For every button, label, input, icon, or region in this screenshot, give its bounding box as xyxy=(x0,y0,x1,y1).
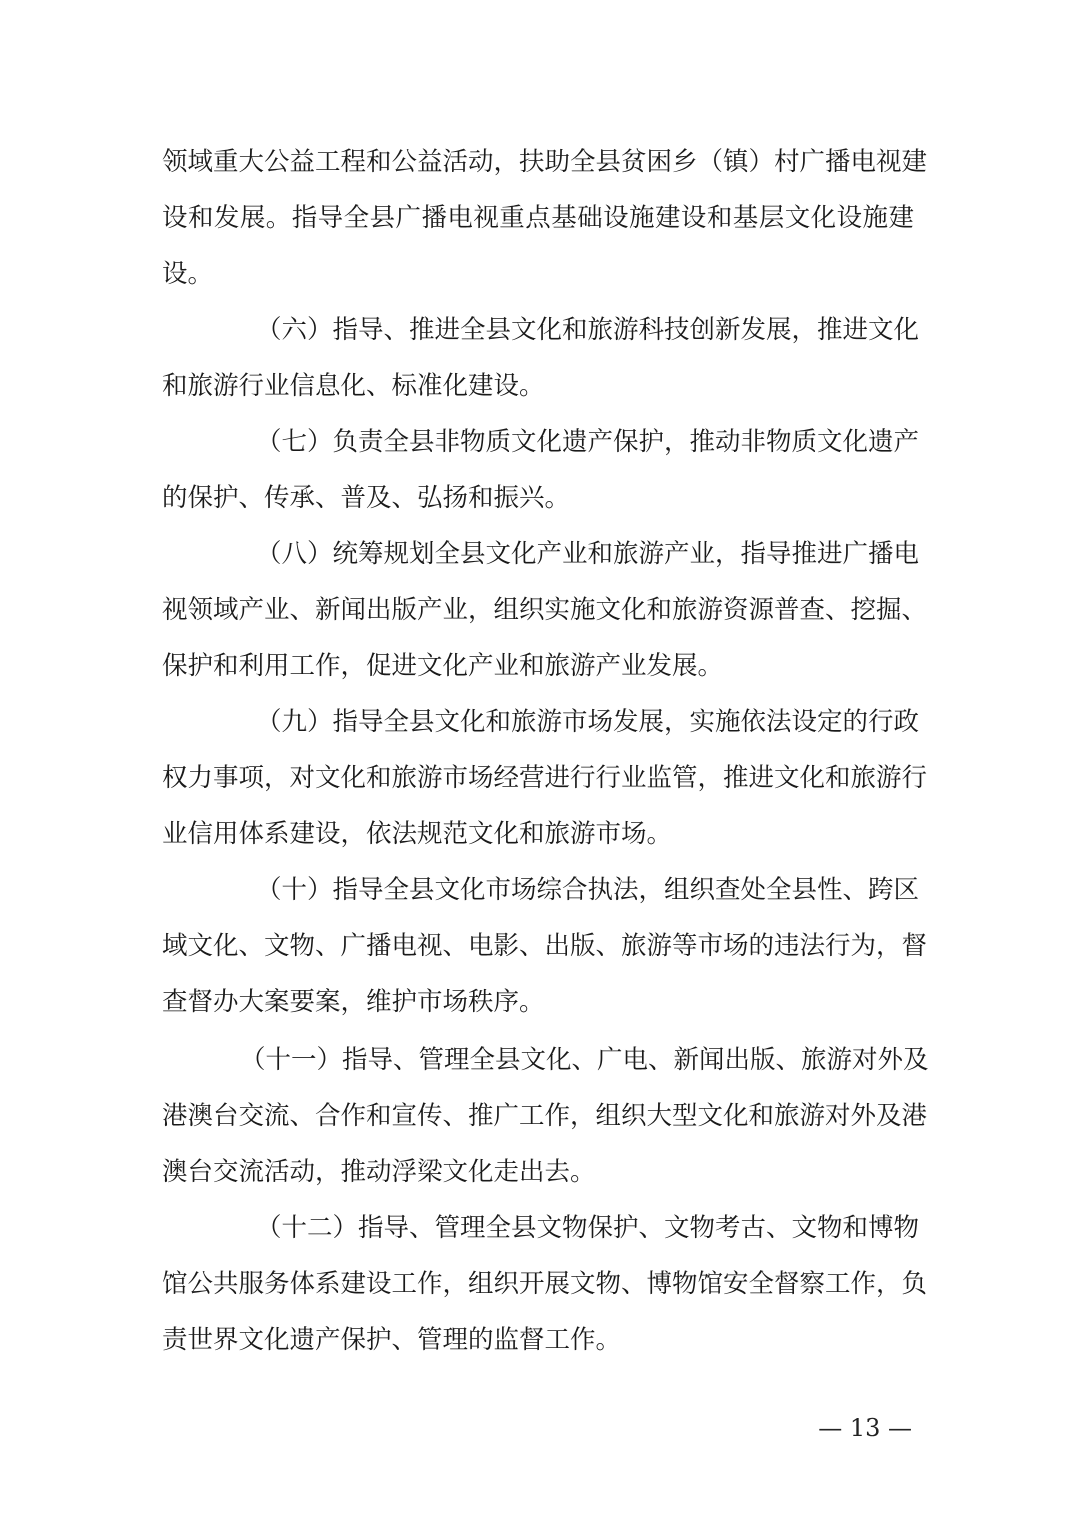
paragraph-item-11-line-3: 澳台交流活动，推动浮梁文化走出去。 xyxy=(162,1152,914,1192)
document-page: 领域重大公益工程和公益活动，扶助全县贫困乡（镇）村广播电视建 设和发展。指导全县… xyxy=(0,0,1074,1520)
paragraph-item-8-line-1: （八）统筹规划全县文化产业和旅游产业，指导推进广播电 xyxy=(256,534,914,574)
paragraph-item-12-line-3: 责世界文化遗产保护、管理的监督工作。 xyxy=(162,1320,914,1360)
paragraph-continuation-line-1: 领域重大公益工程和公益活动，扶助全县贫困乡（镇）村广播电视建 xyxy=(162,142,914,182)
paragraph-item-8-line-2: 视领域产业、新闻出版产业，组织实施文化和旅游资源普查、挖掘、 xyxy=(162,590,914,630)
paragraph-item-12-line-1: （十二）指导、管理全县文物保护、文物考古、文物和博物 xyxy=(256,1208,914,1248)
paragraph-continuation-line-2: 设和发展。指导全县广播电视重点基础设施建设和基层文化设施建 xyxy=(162,198,914,238)
paragraph-item-11-line-1: （十一）指导、管理全县文化、广电、新闻出版、旅游对外及 xyxy=(240,1040,914,1080)
paragraph-item-10-line-2: 域文化、文物、广播电视、电影、出版、旅游等市场的违法行为，督 xyxy=(162,926,914,966)
paragraph-item-12-line-2: 馆公共服务体系建设工作，组织开展文物、博物馆安全督察工作，负 xyxy=(162,1264,914,1304)
paragraph-item-9-line-3: 业信用体系建设，依法规范文化和旅游市场。 xyxy=(162,814,914,854)
paragraph-item-9-line-1: （九）指导全县文化和旅游市场发展，实施依法设定的行政 xyxy=(256,702,914,742)
paragraph-item-7-line-1: （七）负责全县非物质文化遗产保护，推动非物质文化遗产 xyxy=(256,422,914,462)
paragraph-item-10-line-1: （十）指导全县文化市场综合执法，组织查处全县性、跨区 xyxy=(256,870,914,910)
page-number: — 13 — xyxy=(812,1410,912,1446)
paragraph-item-9-line-2: 权力事项，对文化和旅游市场经营进行行业监管，推进文化和旅游行 xyxy=(162,758,914,798)
paragraph-item-10-line-3: 查督办大案要案，维护市场秩序。 xyxy=(162,982,914,1022)
paragraph-item-11-line-2: 港澳台交流、合作和宣传、推广工作，组织大型文化和旅游对外及港 xyxy=(162,1096,914,1136)
paragraph-item-6-line-2: 和旅游行业信息化、标准化建设。 xyxy=(162,366,914,406)
paragraph-item-6-line-1: （六）指导、推进全县文化和旅游科技创新发展，推进文化 xyxy=(256,310,914,350)
paragraph-continuation-line-3: 设。 xyxy=(162,254,914,294)
paragraph-item-7-line-2: 的保护、传承、普及、弘扬和振兴。 xyxy=(162,478,914,518)
paragraph-item-8-line-3: 保护和利用工作，促进文化产业和旅游产业发展。 xyxy=(162,646,914,686)
